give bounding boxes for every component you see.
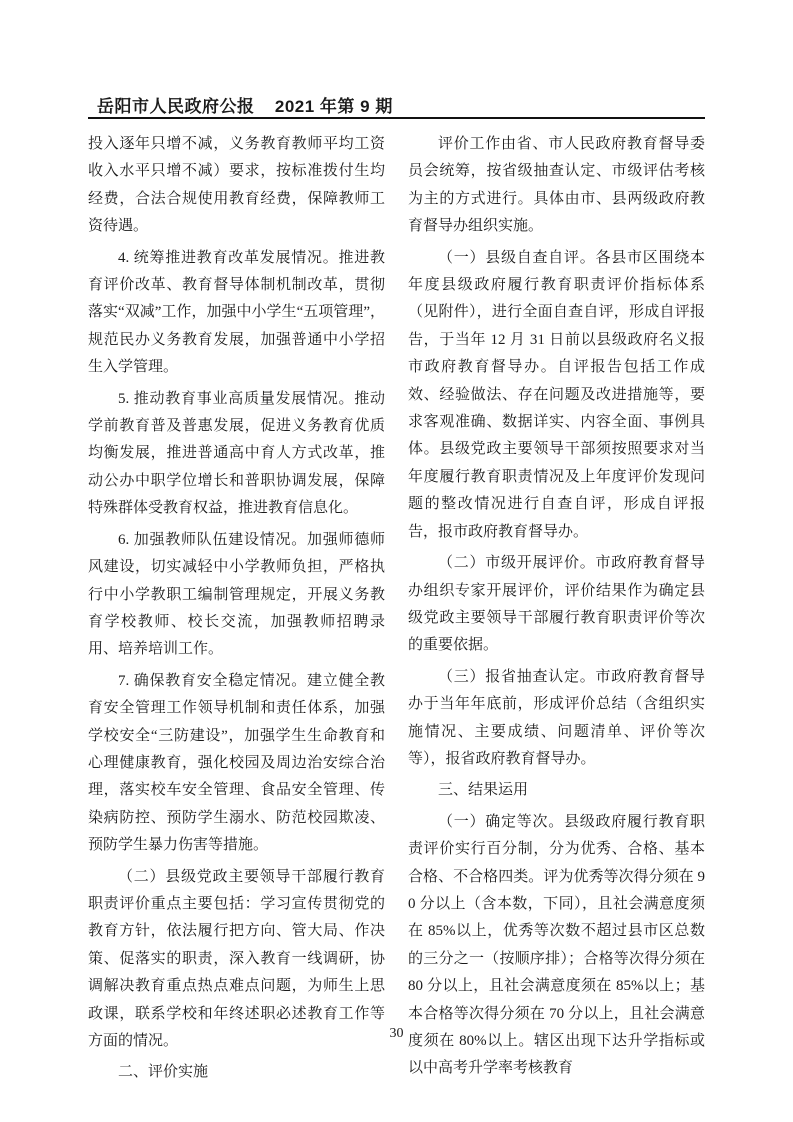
paragraph: 6. 加强教师队伍建设情况。加强师德师风建设，切实减轻中小学教师负担，严格执行中… (88, 527, 385, 664)
page-number: 30 (390, 1026, 404, 1041)
left-column: 投入逐年只增不减，义务教育教师平均工资收入水平只增不减）要求，按标准拨付生均经费… (88, 131, 385, 1091)
paragraph: 7. 确保教育安全稳定情况。建立健全教育安全管理工作领导机制和责任体系，加强学校… (88, 668, 385, 860)
header-rule (88, 117, 705, 119)
paragraph: 二、评价实施 (88, 1059, 385, 1086)
paragraph: 评价工作由省、市人民政府教育督导委员会统筹，按省级抽查认定、市级评估考核为主的方… (408, 131, 705, 241)
page-header: 岳阳市人民政府公报2021 年第 9 期 (97, 92, 393, 117)
page-footer: 30 (0, 1026, 793, 1042)
paragraph: 三、结果运用 (408, 777, 705, 804)
paragraph: （二）市级开展评价。市政府教育督导办组织专家开展评价，评价结果作为确定县级党政主… (408, 550, 705, 660)
paragraph: 投入逐年只增不减，义务教育教师平均工资收入水平只增不减）要求，按标准拨付生均经费… (88, 131, 385, 241)
paragraph: （一）县级自查自评。各县市区围绕本年度县级政府履行教育职责评价指标体系（见附件）… (408, 245, 705, 546)
paragraph: 5. 推动教育事业高质量发展情况。推动学前教育普及普惠发展，促进义务教育优质均衡… (88, 386, 385, 523)
gazette-title: 岳阳市人民政府公报 (97, 97, 255, 116)
gazette-issue: 2021 年第 9 期 (275, 97, 393, 116)
right-column: 评价工作由省、市人民政府教育督导委员会统筹，按省级抽查认定、市级评估考核为主的方… (408, 131, 705, 1091)
document-page: 岳阳市人民政府公报2021 年第 9 期 投入逐年只增不减，义务教育教师平均工资… (0, 0, 793, 1122)
paragraph: 4. 统筹推进教育改革发展情况。推进教育评价改革、教育督导体制机制改革，贯彻落实… (88, 245, 385, 382)
paragraph: （三）报省抽查认定。市政府教育督导办于当年年底前，形成评价总结（含组织实施情况、… (408, 664, 705, 774)
document-body: 投入逐年只增不减，义务教育教师平均工资收入水平只增不减）要求，按标准拨付生均经费… (88, 131, 705, 1091)
